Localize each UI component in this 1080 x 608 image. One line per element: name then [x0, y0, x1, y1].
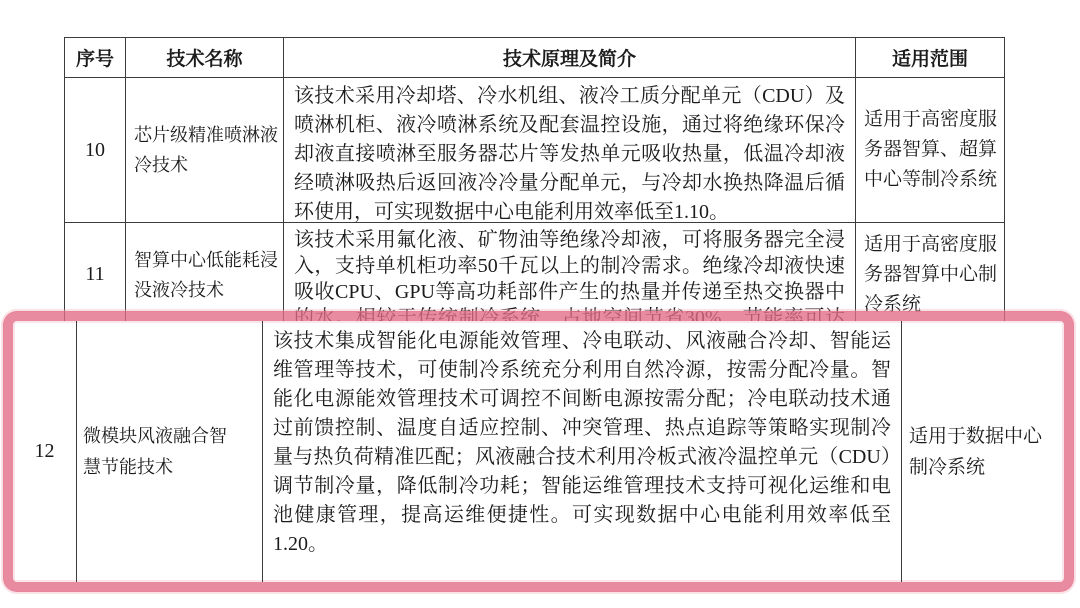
row-10-name: 芯片级精准喷淋液冷技术 — [126, 78, 284, 223]
row-10-principle: 该技术采用冷却塔、冷水机组、液冷工质分配单元（CDU）及喷淋机柜、液冷喷淋系统及… — [284, 78, 856, 223]
row-12-name-text: 微模块风液融合智慧节能技术 — [83, 421, 235, 483]
row-11-scope-text: 适用于高密度服务器智算中心制冷系统 — [864, 230, 1004, 320]
header-cell-principle: 技术原理及简介 — [284, 38, 856, 78]
row-12-scope: 适用于数据中心制冷系统 — [902, 321, 1064, 582]
header-cell-name: 技术名称 — [126, 38, 284, 78]
header-cell-scope: 适用范围 — [856, 38, 1004, 78]
document-page: 序号 技术名称 技术原理及简介 适用范围 10 芯片级精准喷淋液冷技术 该技术采… — [0, 0, 1080, 608]
row-10-seq: 10 — [65, 78, 126, 223]
header-cell-seq: 序号 — [65, 38, 126, 78]
row-12-seq: 12 — [13, 321, 76, 582]
technology-table: 序号 技术名称 技术原理及简介 适用范围 10 芯片级精准喷淋液冷技术 该技术采… — [64, 37, 1005, 326]
row-12-scope-text: 适用于数据中心制冷系统 — [909, 421, 1051, 483]
row-12-principle: 该技术集成智能化电源能效管理、冷电联动、风液融合冷却、智能运维管理等技术，可使制… — [263, 321, 901, 582]
row-10-name-text: 芯片级精准喷淋液冷技术 — [134, 120, 283, 180]
row-10-scope: 适用于高密度服务器智算、超算中心等制冷系统 — [856, 78, 1004, 223]
row-11-name-text: 智算中心低能耗浸没液冷技术 — [134, 245, 283, 305]
row-12-name: 微模块风液融合智慧节能技术 — [77, 321, 262, 582]
row-10-scope-text: 适用于高密度服务器智算、超算中心等制冷系统 — [864, 105, 1004, 195]
highlight-box: 12 微模块风液融合智慧节能技术 该技术集成智能化电源能效管理、冷电联动、风液融… — [3, 311, 1074, 592]
